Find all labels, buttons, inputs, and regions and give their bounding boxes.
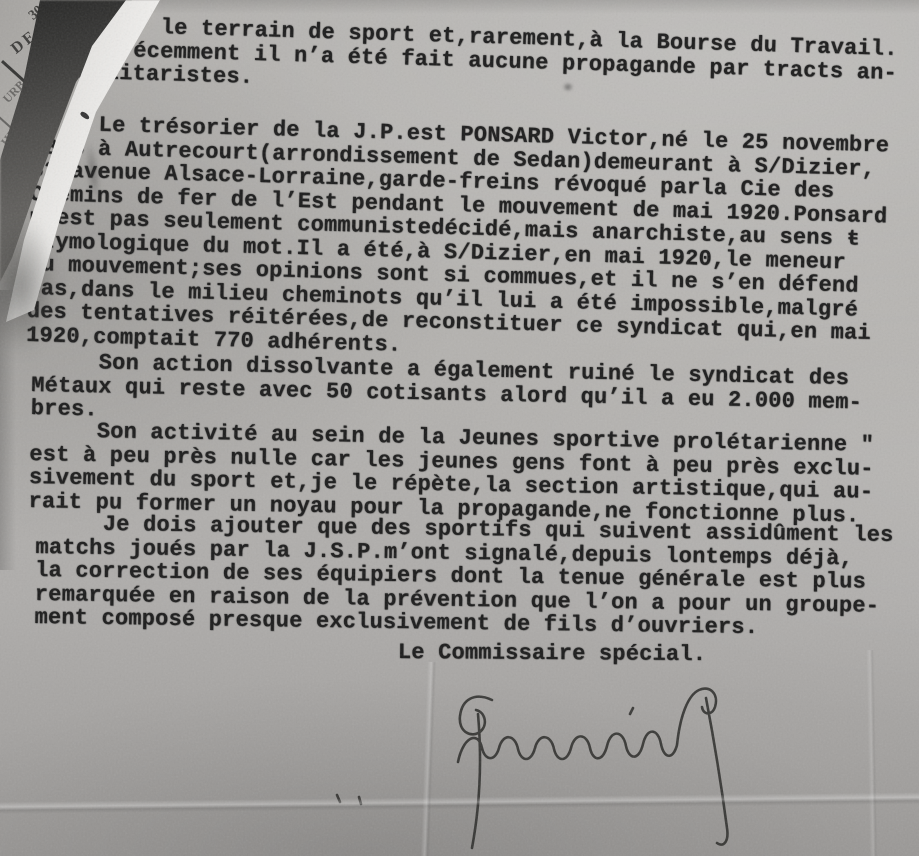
paragraph-sportifs: Je dois ajouter que des sportifs qui sui…	[34, 512, 893, 641]
left-edge-shading	[0, 290, 16, 570]
paragraph-jeunesse-sportive: Son activité au sein de la Jeunes sporti…	[28, 419, 874, 528]
paragraph-intro: t sur le terrain de sport et,rarement,à …	[52, 13, 898, 109]
vertical-crease	[866, 650, 878, 856]
paragraph-tresorier-ponsard: Le trésorier de la J.P.est PONSARD Victo…	[26, 112, 890, 369]
signature-stroke	[337, 689, 727, 848]
vertical-crease	[421, 662, 437, 856]
horizontal-crease	[0, 792, 919, 814]
closing-title: Le Commissaire spécial.	[398, 641, 706, 667]
scanned-document-page: t sur le terrain de sport et,rarement,à …	[0, 0, 919, 856]
